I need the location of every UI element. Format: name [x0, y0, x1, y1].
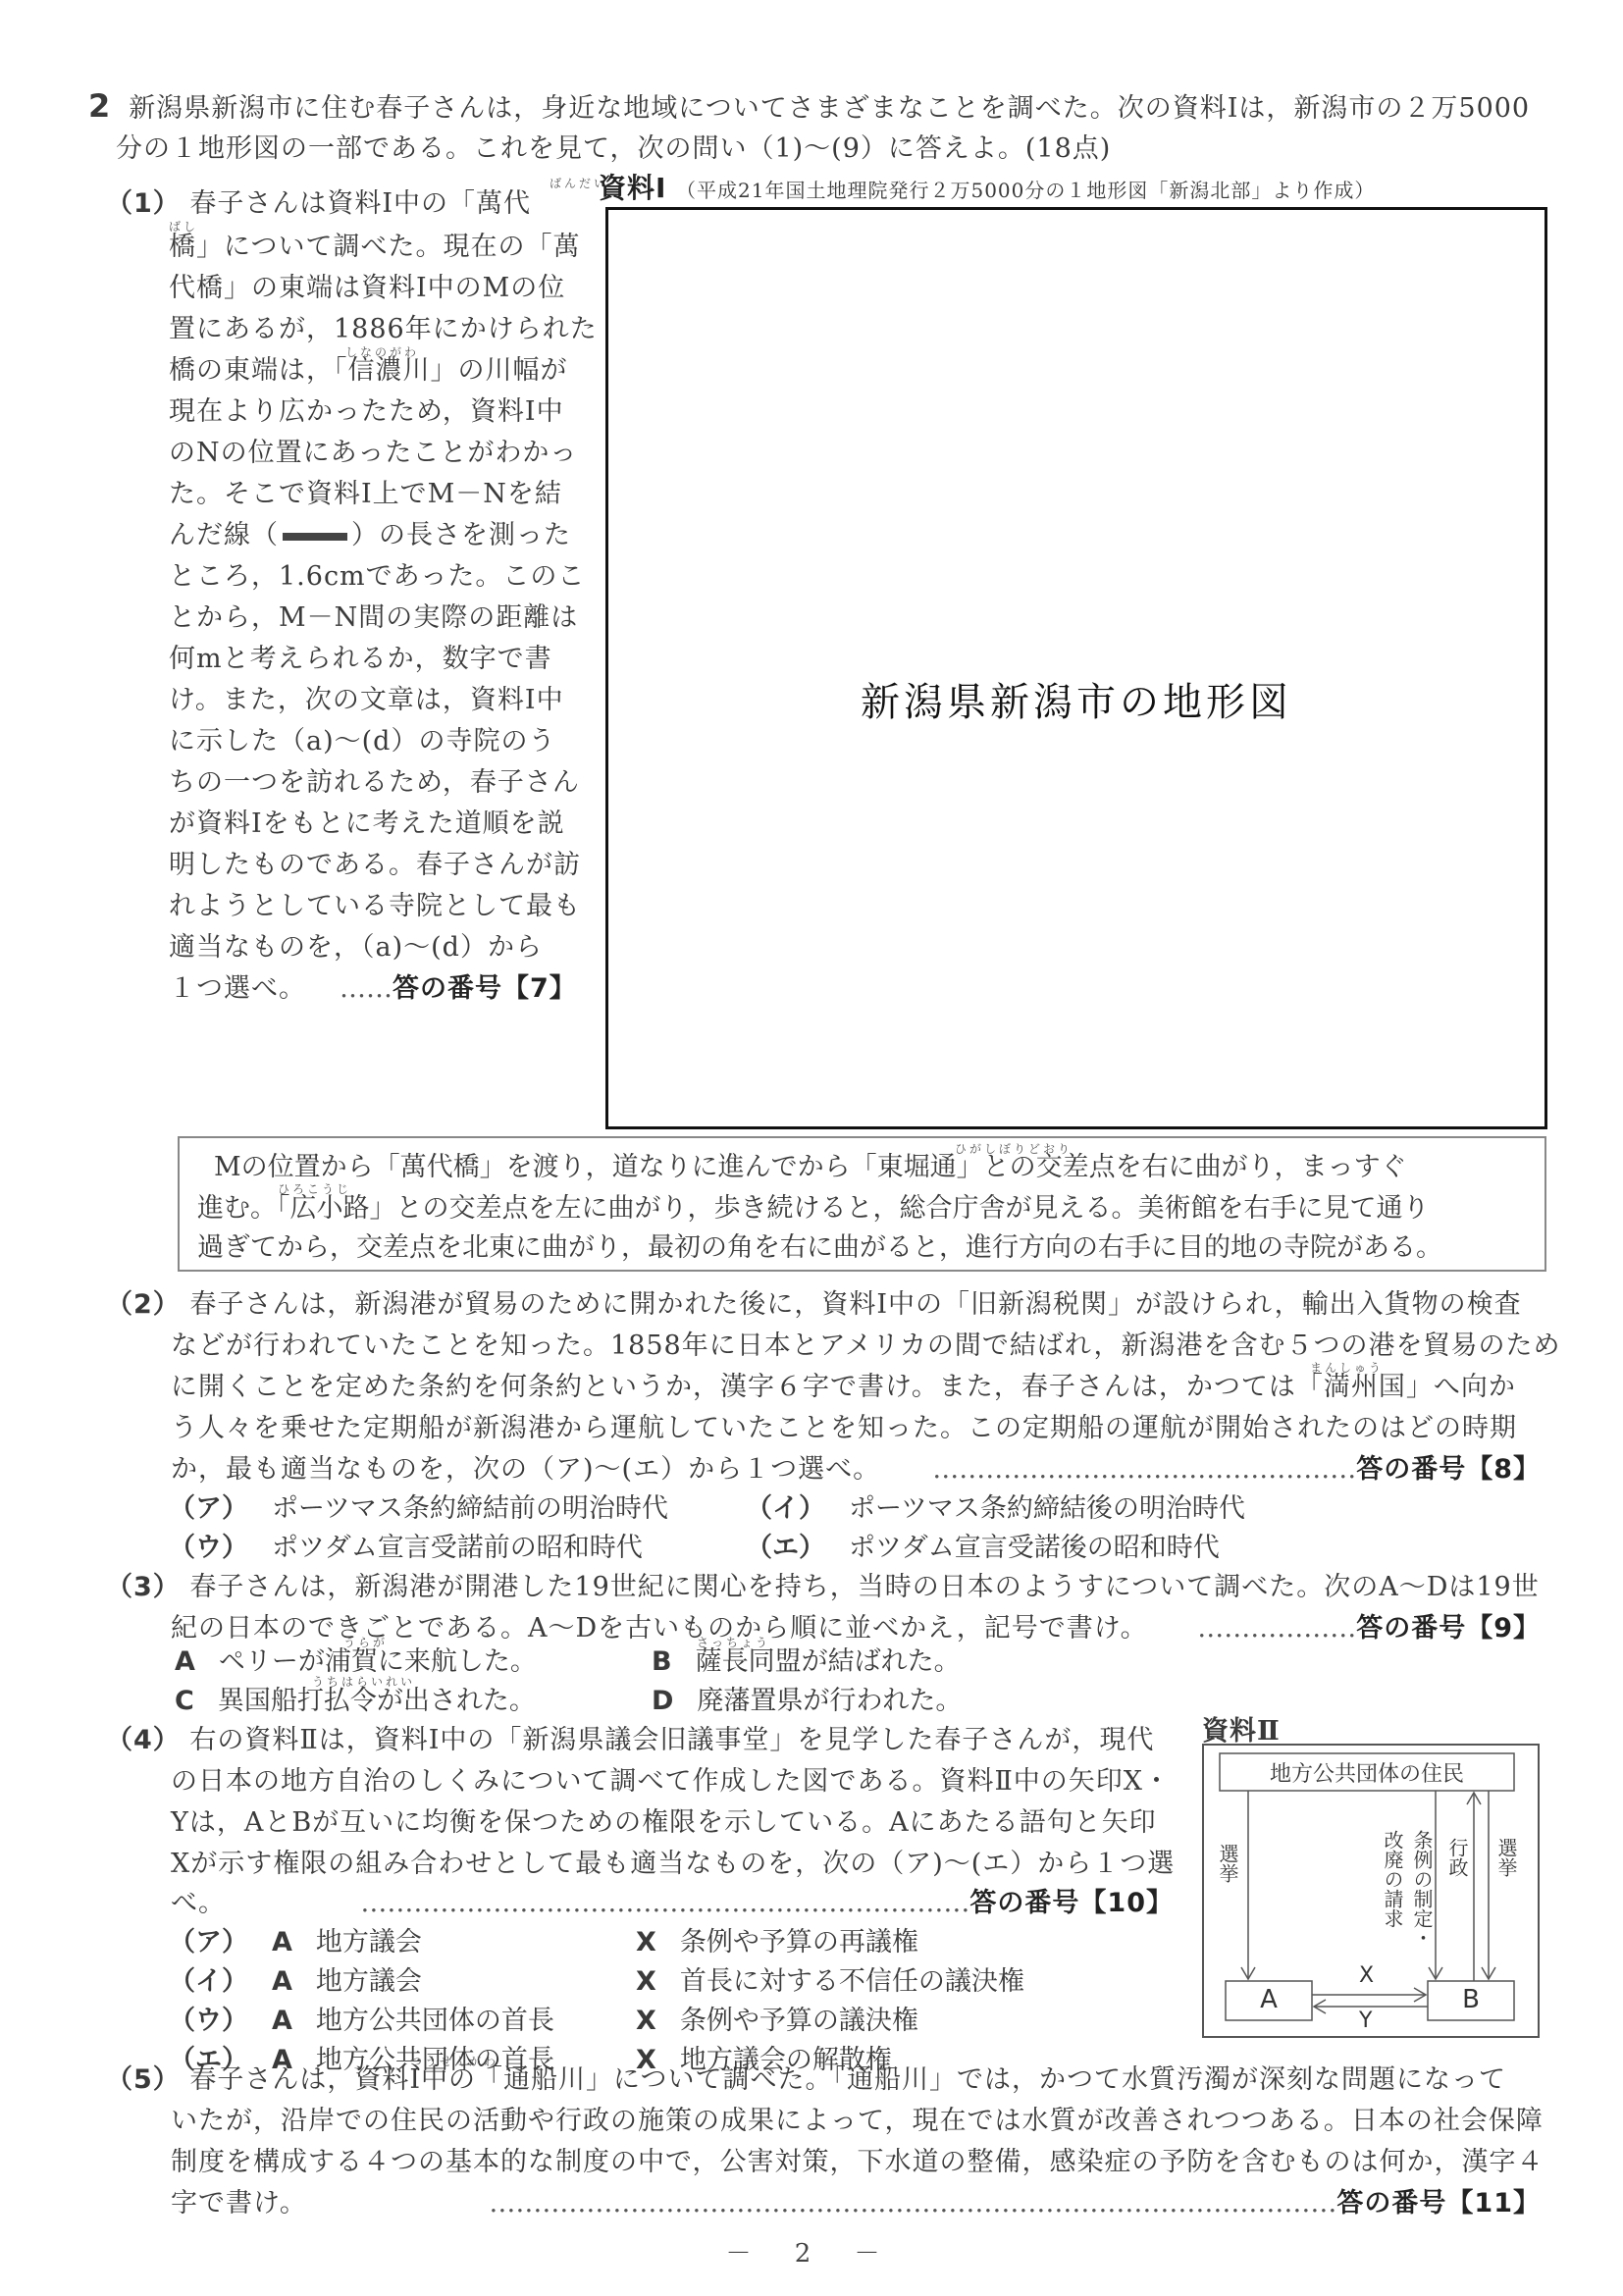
- map-placeholder-label: 新潟県新潟市の地形図: [608, 671, 1544, 727]
- answer-leader-dots: ……………………………………………………………………………………: [489, 2188, 1336, 2218]
- q2-label: （2）: [106, 1289, 181, 1320]
- q1-line: ちの一つを訪れるため，春子さん: [169, 763, 580, 803]
- material1-title: 資料Ⅰ: [599, 172, 666, 204]
- mn-line-symbol: [283, 533, 347, 541]
- question-number: 2: [88, 87, 111, 125]
- q1-line: 適当なものを，（a)～(d）から: [169, 928, 543, 967]
- box-b-label: B: [1428, 1985, 1514, 2014]
- q4-choice-x: X条例や予算の再議権: [636, 1923, 918, 1962]
- q1-line: 代橋」の東端は資料Ⅰ中のMの位: [169, 269, 565, 308]
- q4-line-1: （4） 右の資料Ⅱは，資料Ⅰ中の「新潟県議会旧議事堂」を見学した春子さんが，現代: [106, 1721, 1154, 1760]
- q5-line-3: 制度を構成する４つの基本的な制度の中で，公害対策，下水道の整備，感染症の予防を含…: [171, 2143, 1544, 2182]
- answer-number-8: 答の番号【8】: [1356, 1454, 1541, 1485]
- q1-line: とから，M－N間の実際の距離は: [169, 599, 578, 638]
- route-line-2: 進む。「広小路」との交差点を左に曲がり，歩き続けると，総合庁舎が見える。美術館を…: [197, 1189, 1430, 1228]
- q1-line: れようとしている寺院として最も: [169, 887, 581, 926]
- q1-line: のNの位置にあったことがわかっ: [169, 434, 577, 473]
- q4-line-5: べ。 ……………………………………………………………答の番号【10】: [171, 1884, 1174, 1923]
- q2-line-3: に開くことを定めた条約を何条約というか，漢字６字で書け。また，春子さんは，かつて…: [171, 1368, 1516, 1407]
- q4-label: （4）: [106, 1725, 181, 1755]
- q4-line-2: の日本の地方自治のしくみについて調べて作成した図である。資料Ⅱ中の矢印X・: [171, 1762, 1171, 1801]
- q2-line-4: う人々を乗せた定期船が新潟港から運航していたことを知った。この定期船の運航が開始…: [171, 1409, 1517, 1448]
- route-description-box: ひがしぼりどおり Mの位置から「萬代橋」を渡り，道なりに進んでから「東堀通」との…: [178, 1136, 1546, 1272]
- question-intro-line-2: 分の１地形図の一部である。これを見て，次の問い（1)～(9）に答えよ。(18点): [116, 130, 1111, 169]
- topographic-map: 新潟県新潟市の地形図: [605, 207, 1547, 1129]
- q1-line: 何mと考えられるか，数字で書: [169, 640, 552, 679]
- q1-label: （1）: [106, 188, 181, 219]
- q3-event-b: B薩長同盟が結ばれた。: [652, 1643, 961, 1682]
- material1-header: 資料Ⅰ （平成21年国土地理院発行２万5000分の１地形図「新潟北部」より作成）: [599, 169, 1375, 210]
- q1-line: ところ，1.6cmであった。このこ: [169, 557, 585, 597]
- q1-line: んだ線（）の長さを測った: [169, 516, 571, 555]
- answer-number-11: 答の番号【11】: [1336, 2188, 1541, 2218]
- q1-line: 現在より広かったため，資料Ⅰ中: [169, 392, 564, 432]
- q4-choice: （ア）A地方議会: [169, 1923, 422, 1962]
- q4-line-4: Xが示す権限の組み合わせとして最も適当なものを，次の（ア)～(エ）から１つ選: [171, 1845, 1175, 1884]
- q1-line: １つ選べ。……答の番号【7】: [169, 969, 577, 1009]
- answer-number-7: 答の番号【7】: [393, 973, 577, 1004]
- q5-line-1: （5） 春子さんは，資料Ⅰ中の「通船川」について調べた。「通船川」では，かつて水…: [106, 2061, 1506, 2100]
- arrow-x-label: X: [1359, 1963, 1374, 1988]
- arrow-y-label: Y: [1359, 2009, 1372, 2033]
- answer-leader-dots: ……………………………………………………………: [360, 1888, 969, 1918]
- q1-line: に示した（a)～(d）の寺院のう: [169, 722, 555, 761]
- question-intro-line-1: 2新潟県新潟市に住む春子さんは，身近な地域についてさまざまなことを調べた。次の資…: [88, 86, 1530, 129]
- q2-line-1: （2） 春子さんは，新潟港が貿易のために開かれた後に，資料Ⅰ中の「旧新潟税関」が…: [106, 1285, 1522, 1325]
- q3-label: （3）: [106, 1572, 181, 1602]
- answer-number-10: 答の番号【10】: [969, 1888, 1174, 1918]
- residents-box-label: 地方公共団体の住民: [1220, 1757, 1514, 1788]
- local-government-diagram: 地方公共団体の住民 A B X Y 選挙 条例の制定・ 改廃の請求 行政 選挙: [1202, 1744, 1540, 2038]
- answer-number-9: 答の番号【9】: [1356, 1613, 1541, 1644]
- q3-event-d: D廃藩置県が行われた。: [652, 1682, 962, 1721]
- page-number: － 2 －: [0, 2233, 1623, 2270]
- route-line-3: 過ぎてから，交差点を北東に曲がり，最初の角を右に曲がると，進行方向の右手に目的地…: [197, 1228, 1442, 1268]
- label-administration: 行政: [1445, 1838, 1469, 1877]
- box-a-label: A: [1226, 1985, 1312, 2014]
- q4-choice: （ウ）A地方公共団体の首長: [169, 2002, 554, 2041]
- ruby-shinanogawa: しなのがわ: [345, 343, 419, 360]
- answer-leader-dots: …………………………………………: [932, 1454, 1356, 1485]
- q2-choice-u: （ウ）ポツダム宣言受諾前の昭和時代: [169, 1529, 643, 1568]
- q2-choice-a: （ア）ポーツマス条約締結前の明治時代: [169, 1489, 668, 1529]
- q1-line: け。また，次の文章は，資料Ⅰ中: [169, 681, 564, 720]
- answer-leader-dots: ……: [340, 973, 393, 1004]
- q5-line-2: いたが，沿岸での住民の活動や行政の施策の成果によって，現在では水質が改善されつつ…: [171, 2102, 1544, 2141]
- q1-line: 明したものである。春子さんが訪: [169, 846, 581, 885]
- q3-event-c: C異国船打払令が出された。: [175, 1682, 536, 1721]
- q4-choice-x: X条例や予算の議決権: [636, 2002, 918, 2041]
- answer-leader-dots: ………………: [1197, 1613, 1356, 1644]
- q5-line-4: 字で書け。 ……………………………………………………………………………………答の…: [171, 2184, 1541, 2223]
- q4-choice-x: X首長に対する不信任の議決権: [636, 1962, 1024, 2002]
- label-ordinance-2: 改廃の請求: [1381, 1830, 1404, 1928]
- q2-choice-i: （イ）ポーツマス条約締結後の明治時代: [746, 1489, 1245, 1529]
- q1-line: 橋」について調べた。現在の「萬: [169, 228, 580, 267]
- q1-line: た。そこで資料Ⅰ上でM－Nを結: [169, 475, 562, 514]
- label-ordinance-1: 条例の制定・: [1410, 1830, 1434, 1948]
- label-election-right: 選挙: [1494, 1838, 1518, 1877]
- label-election-left: 選挙: [1218, 1844, 1239, 1883]
- q4-choice: （イ）A地方議会: [169, 1962, 422, 2002]
- q4-line-3: Yは，AとBが互いに均衡を保つための権限を示している。Aにあたる語句と矢印: [171, 1803, 1157, 1843]
- q2-choice-e: （エ）ポツダム宣言受諾後の昭和時代: [746, 1529, 1220, 1568]
- material1-source: （平成21年国土地理院発行２万5000分の１地形図「新潟北部」より作成）: [676, 179, 1375, 202]
- q1-line: が資料Ⅰをもとに考えた道順を説: [169, 805, 565, 844]
- q3-line-1: （3） 春子さんは，新潟港が開港した19世紀に関心を持ち，当時の日本のようすにつ…: [106, 1568, 1540, 1607]
- q2-line-5: か，最も適当なものを，次の（ア)～(エ）から１つ選べ。 …………………………………: [171, 1450, 1541, 1489]
- q5-label: （5）: [106, 2064, 181, 2095]
- route-line-1: Mの位置から「萬代橋」を渡り，道なりに進んでから「東堀通」との交差点を右に曲がり…: [214, 1148, 1407, 1187]
